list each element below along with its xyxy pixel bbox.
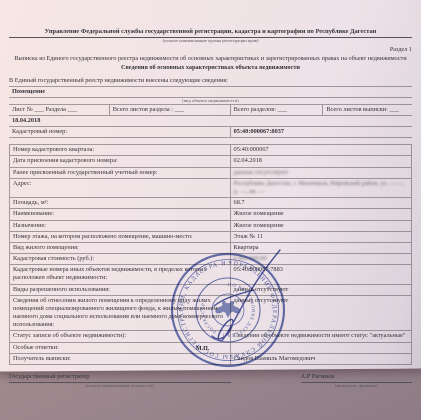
table-row: Назначение:Жилое помещение — [10, 221, 411, 232]
cadastral-number-row: Кадастровый номер: 05:40:000067:8037 — [9, 127, 412, 138]
table-row: Виды разрешенного использования:данные о… — [10, 285, 411, 296]
cadastral-number-value: 05:40:000067:8037 — [231, 127, 412, 137]
photo-of-egrn-extract: { "document": { "header": { "authority":… — [0, 0, 421, 420]
table-row: Статус записи об объекте недвижимости):С… — [10, 331, 411, 342]
table-row: Наименование:Жилое помещение — [10, 209, 411, 220]
object-type: Помещение — [9, 86, 412, 98]
section-number: Раздел 1 — [9, 46, 412, 54]
authority-caption: (полное наименование органа регистрации … — [9, 38, 412, 44]
table-row: Кадастровые номера иных объектов недвижи… — [10, 265, 411, 284]
table-row: Номер этажа, на котором расположено поме… — [10, 232, 411, 243]
document-subtitle: Сведения об основных характеристиках объ… — [9, 64, 412, 72]
statement-date: 18.04.2018 — [9, 116, 412, 127]
issuing-authority: Управление Федеральной службы государств… — [9, 28, 412, 38]
cadastral-number-label: Кадастровый номер: — [9, 127, 231, 137]
table-row: Номер кадастрового квартала:05:40:000067 — [10, 145, 411, 156]
sheet-info-row: Лист № ___ Раздела ___ Всего листов разд… — [9, 105, 412, 116]
signature-block: Государственный регистратор (полное наим… — [9, 373, 412, 389]
table-row: Получатель выписки:Саидов Шамиль Магомед… — [10, 354, 411, 365]
redacted-value: Республика Дагестан, г. Махачкала, Киров… — [231, 179, 411, 197]
table-row: Вид жилого помещения:Квартира — [10, 243, 411, 254]
table-row: Дата присвоения кадастрового номера:02.0… — [10, 156, 411, 167]
document-content: Управление Федеральной службы государств… — [9, 28, 412, 389]
registrar-title: Государственный регистратор — [9, 373, 231, 383]
total-sheets-of-section: Всего листов раздела : ___ — [110, 105, 231, 115]
table-row: Площадь, м²:68.7 — [10, 198, 411, 209]
table-row: Кадастровая стоимость (руб.):0 000 000,0… — [10, 254, 411, 265]
object-type-caption: (вид объекта недвижимости) — [9, 98, 412, 105]
sheet-number: Лист № ___ Раздела ___ — [9, 105, 110, 115]
redacted-value: данные отсутствуют — [231, 168, 411, 178]
intro-line: В Единый государственный реестр недвижим… — [9, 77, 412, 85]
table-row: Сведения об отнесении жилого помещения к… — [10, 296, 411, 332]
total-sections: Всего разделов: ___ — [231, 105, 324, 115]
table-row: Ранее присвоенный государственный учетны… — [10, 168, 411, 179]
characteristics-table: Номер кадастрового квартала:05:40:000067… — [9, 144, 412, 365]
table-row: Особые отметки: — [10, 343, 411, 354]
place-of-seal-mark: М.П. — [196, 346, 209, 352]
table-row: Адрес:Республика Дагестан, г. Махачкала,… — [10, 179, 411, 198]
registrar-name: А.Р Рагимов — [301, 373, 412, 383]
redacted-value: 0 000 000,00 — [231, 254, 411, 264]
registrar-name-caption: (инициалы, фамилия) — [301, 383, 412, 389]
registrar-title-caption: (полное наименование должности) — [9, 383, 231, 389]
document-title: Выписка из Единого государственного реес… — [9, 55, 412, 63]
total-sheets-of-statement: Всего листов выписки: ___ — [323, 105, 412, 115]
